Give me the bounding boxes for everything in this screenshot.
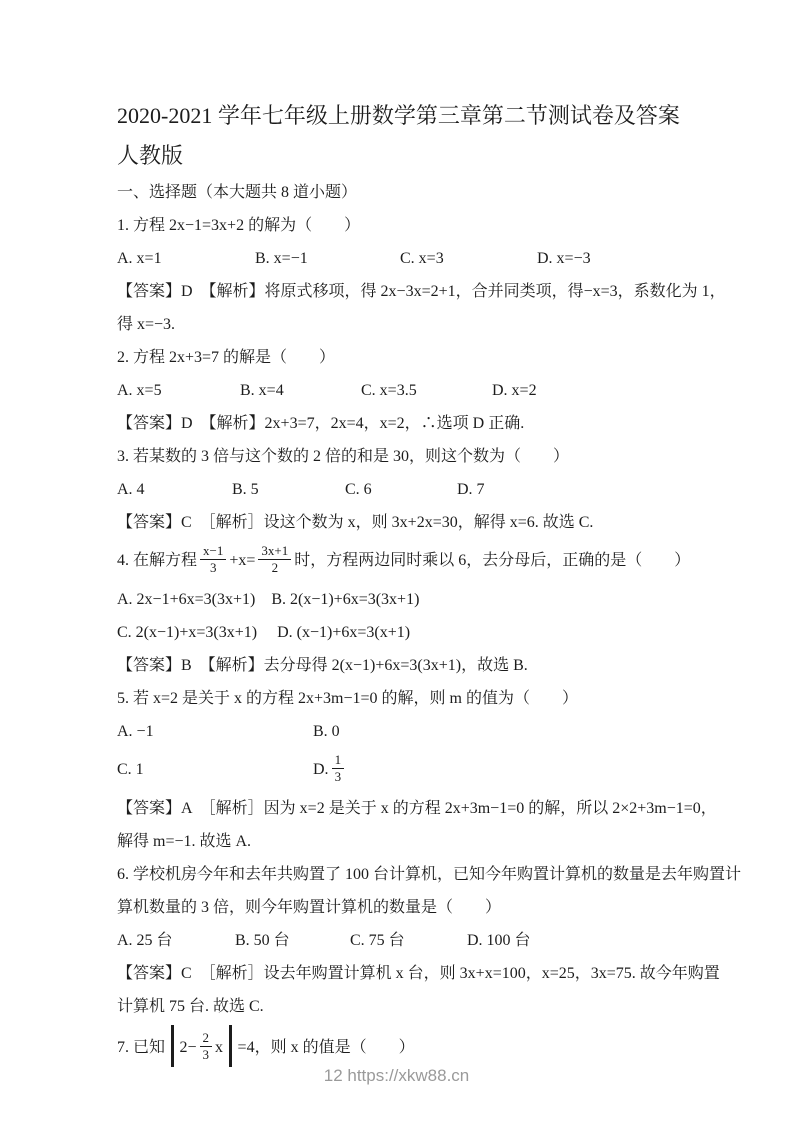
doc-title-line1: 2020-2021 学年七年级上册数学第三章第二节测试卷及答案	[117, 96, 693, 136]
q5-option-a: A. −1	[117, 715, 313, 748]
q1-option-d: D. x=−3	[537, 242, 591, 275]
q4-options-row1: A. 2x−1+6x=3(3x+1) B. 2(x−1)+6x=3(3x+1)	[117, 583, 693, 616]
q4-option-a: A. 2x−1+6x=3(3x+1)	[117, 583, 255, 616]
q2-stem: 2. 方程 2x+3=7 的解是（ ）	[117, 341, 693, 374]
q4-stem-mid: +x=	[229, 552, 255, 569]
q3-option-d: D. 7	[457, 473, 485, 506]
q4-answer: 【答案】B 【解析】去分母得 2(x−1)+6x=3(3x+1)，故选 B.	[117, 649, 693, 682]
q3-answer: 【答案】C ［解析］设这个数为 x，则 3x+2x=30，解得 x=6. 故选 …	[117, 506, 693, 539]
q4-stem-post: 时，方程两边同时乘以 6，去分母后，正确的是（ ）	[294, 552, 690, 569]
q1-options: A. x=1 B. x=−1 C. x=3 D. x=−3	[117, 242, 693, 275]
q4-fraction-2: 3x+12	[258, 543, 291, 575]
q5-answer-line2: 解得 m=−1. 故选 A.	[117, 825, 693, 858]
q4-option-c: C. 2(x−1)+x=3(3x+1)	[117, 616, 257, 649]
q5-option-d-numerator: 1	[332, 752, 345, 769]
document-content: 2020-2021 学年七年级上册数学第三章第二节测试卷及答案 人教版 一、选择…	[0, 0, 793, 1073]
q4-fraction-2-denominator: 2	[258, 560, 291, 576]
q1-option-b: B. x=−1	[255, 242, 400, 275]
q7-abs-inner-post: x	[215, 1039, 223, 1056]
document-page: 2020-2021 学年七年级上册数学第三章第二节测试卷及答案 人教版 一、选择…	[0, 0, 793, 1122]
q3-stem: 3. 若某数的 3 倍与这个数的 2 倍的和是 30，则这个数为（ ）	[117, 440, 693, 473]
q6-option-a: A. 25 台	[117, 924, 235, 957]
doc-title-line2: 人教版	[117, 136, 693, 176]
q5-stem: 5. 若 x=2 是关于 x 的方程 2x+3m−1=0 的解，则 m 的值为（…	[117, 682, 693, 715]
q2-option-a: A. x=5	[117, 374, 240, 407]
q4-options-row2: C. 2(x−1)+x=3(3x+1) D. (x−1)+6x=3(x+1)	[117, 616, 693, 649]
q7-fraction: 23	[200, 1030, 213, 1062]
q7-abs-bar-left	[171, 1025, 174, 1067]
q1-answer-line2: 得 x=−3.	[117, 308, 693, 341]
q4-option-d: D. (x−1)+6x=3(x+1)	[277, 616, 410, 649]
q3-option-a: A. 4	[117, 473, 232, 506]
q5-options-row1: A. −1 B. 0	[117, 715, 693, 748]
q3-options: A. 4 B. 5 C. 6 D. 7	[117, 473, 693, 506]
q4-fraction-1: x−13	[200, 543, 226, 575]
q4-stem-pre: 4. 在解方程	[117, 552, 197, 569]
q3-option-c: C. 6	[345, 473, 457, 506]
q4-fraction-1-denominator: 3	[200, 560, 226, 576]
q1-answer-line1: 【答案】D 【解析】将原式移项，得 2x−3x=2+1，合并同类项，得−x=3，…	[117, 275, 693, 308]
q2-option-c: C. x=3.5	[361, 374, 492, 407]
q4-fraction-2-numerator: 3x+1	[258, 543, 291, 560]
q7-abs-inner-pre: 2−	[180, 1039, 197, 1056]
q3-option-b: B. 5	[232, 473, 345, 506]
q6-stem-line1: 6. 学校机房今年和去年共购置了 100 台计算机，已知今年购置计算机的数量是去…	[117, 858, 693, 891]
q6-option-b: B. 50 台	[235, 924, 350, 957]
q7-abs-bar-right	[229, 1025, 232, 1067]
q5-option-b: B. 0	[313, 715, 340, 748]
q2-option-b: B. x=4	[240, 374, 361, 407]
q5-option-d: D.13	[313, 748, 347, 792]
q5-options-row2: C. 1 D.13	[117, 748, 693, 792]
q1-option-a: A. x=1	[117, 242, 255, 275]
q7-stem-pre: 7. 已知	[117, 1039, 165, 1056]
q6-options: A. 25 台 B. 50 台 C. 75 台 D. 100 台	[117, 924, 693, 957]
q6-option-d: D. 100 台	[467, 924, 531, 957]
q5-option-d-label: D.	[313, 761, 329, 778]
q6-answer-line1: 【答案】C ［解析］设去年购置计算机 x 台，则 3x+x=100，x=25，3…	[117, 957, 693, 990]
q2-answer: 【答案】D 【解析】2x+3=7，2x=4，x=2，∴选项 D 正确.	[117, 407, 693, 440]
q1-stem: 1. 方程 2x−1=3x+2 的解为（ ）	[117, 209, 693, 242]
q6-stem-line2: 算机数量的 3 倍，则今年购置计算机的数量是（ ）	[117, 891, 693, 924]
q2-options: A. x=5 B. x=4 C. x=3.5 D. x=2	[117, 374, 693, 407]
q5-option-c: C. 1	[117, 748, 313, 792]
section-heading: 一、选择题（本大题共 8 道小题）	[117, 176, 693, 209]
q4-stem: 4. 在解方程x−13+x=3x+12时，方程两边同时乘以 6，去分母后，正确的…	[117, 539, 693, 583]
q6-option-c: C. 75 台	[350, 924, 467, 957]
q5-option-d-denominator: 3	[332, 769, 345, 785]
q2-option-d: D. x=2	[492, 374, 537, 407]
q7-fraction-denominator: 3	[200, 1047, 213, 1063]
q5-answer-line1: 【答案】A ［解析］因为 x=2 是关于 x 的方程 2x+3m−1=0 的解，…	[117, 792, 693, 825]
q7-stem-post: =4，则 x 的值是（ ）	[238, 1039, 415, 1056]
page-footer-url: 12 https://xkw88.cn	[0, 1066, 793, 1086]
q6-answer-line2: 计算机 75 台. 故选 C.	[117, 990, 693, 1023]
q4-option-b: B. 2(x−1)+6x=3(3x+1)	[271, 583, 419, 616]
q7-fraction-numerator: 2	[200, 1030, 213, 1047]
q5-option-d-fraction: 13	[332, 752, 345, 784]
q4-fraction-1-numerator: x−1	[200, 543, 226, 560]
q1-option-c: C. x=3	[400, 242, 537, 275]
